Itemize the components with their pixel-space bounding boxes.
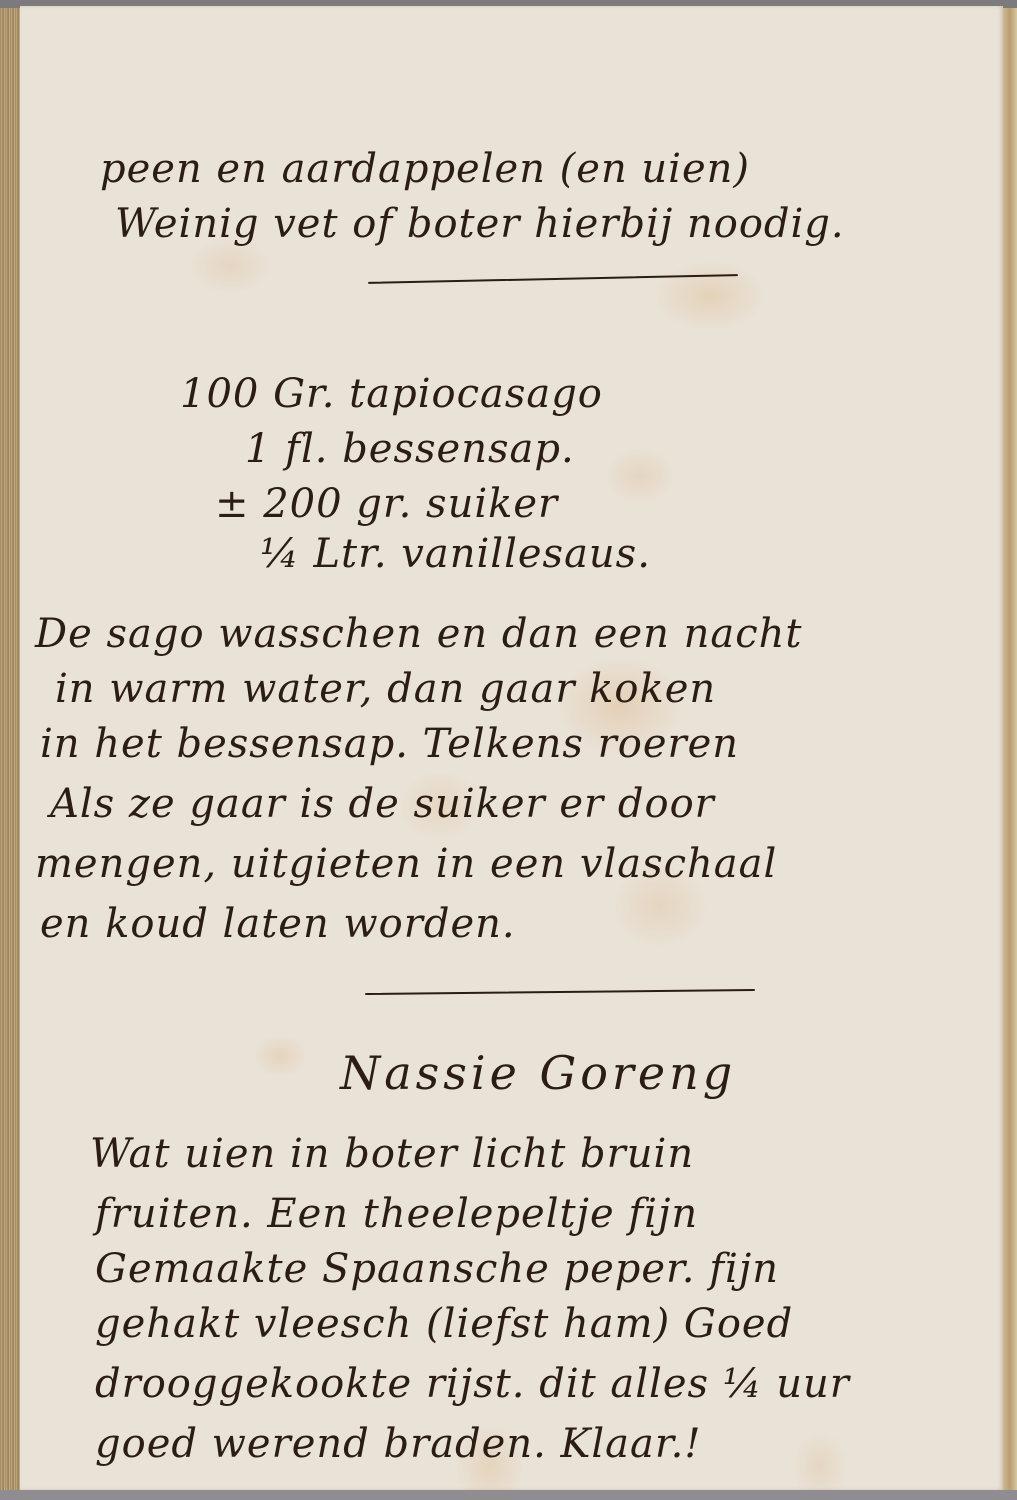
section-divider-2 [365,989,755,995]
sago-instruction-line-1: De sago wasschen en dan een nacht [35,611,802,657]
nassi-instruction-line-3: Gemaakte Spaansche peper. fijn [95,1246,779,1292]
book-page-edges-left [0,8,20,1490]
nassi-instruction-line-1: Wat uien in boter licht bruin [90,1131,694,1177]
nassi-instruction-line-6: goed werend braden. Klaar.! [95,1421,701,1467]
nassi-instruction-line-4: gehakt vleesch (liefst ham) Goed [95,1301,793,1347]
manuscript-page: peen en aardappelen (en uien) Weinig vet… [20,6,1003,1490]
ingredient-tapioca: 100 Gr. tapiocasago [180,371,603,417]
ingredient-vanillesaus: ¼ Ltr. vanillesaus. [260,531,651,577]
ingredient-suiker: ± 200 gr. suiker [215,481,558,527]
nassi-instruction-line-5: drooggekookte rijst. dit alles ¼ uur [95,1361,850,1407]
sago-instruction-line-2: in warm water, dan gaar koken [55,666,716,712]
sago-instruction-line-6: en koud laten worden. [40,901,516,947]
sago-instruction-line-3: in het bessensap. Telkens roeren [40,721,739,767]
ingredient-bessensap: 1 fl. bessensap. [245,426,575,472]
book-page-edges-right [1003,8,1017,1490]
recipe-title-nassie-goreng: Nassie Goreng [340,1046,736,1100]
sago-instruction-line-5: mengen, uitgieten in een vlaschaal [35,841,777,887]
nassi-instruction-line-2: fruiten. Een theelepeltje fijn [95,1191,698,1237]
sago-instruction-line-4: Als ze gaar is de suiker er door [50,781,715,827]
scan-background-bottom [0,1490,1017,1500]
section-divider-1 [368,274,738,284]
previous-recipe-line-1: peen en aardappelen (en uien) [100,146,750,192]
previous-recipe-line-2: Weinig vet of boter hierbij noodig. [115,201,845,247]
